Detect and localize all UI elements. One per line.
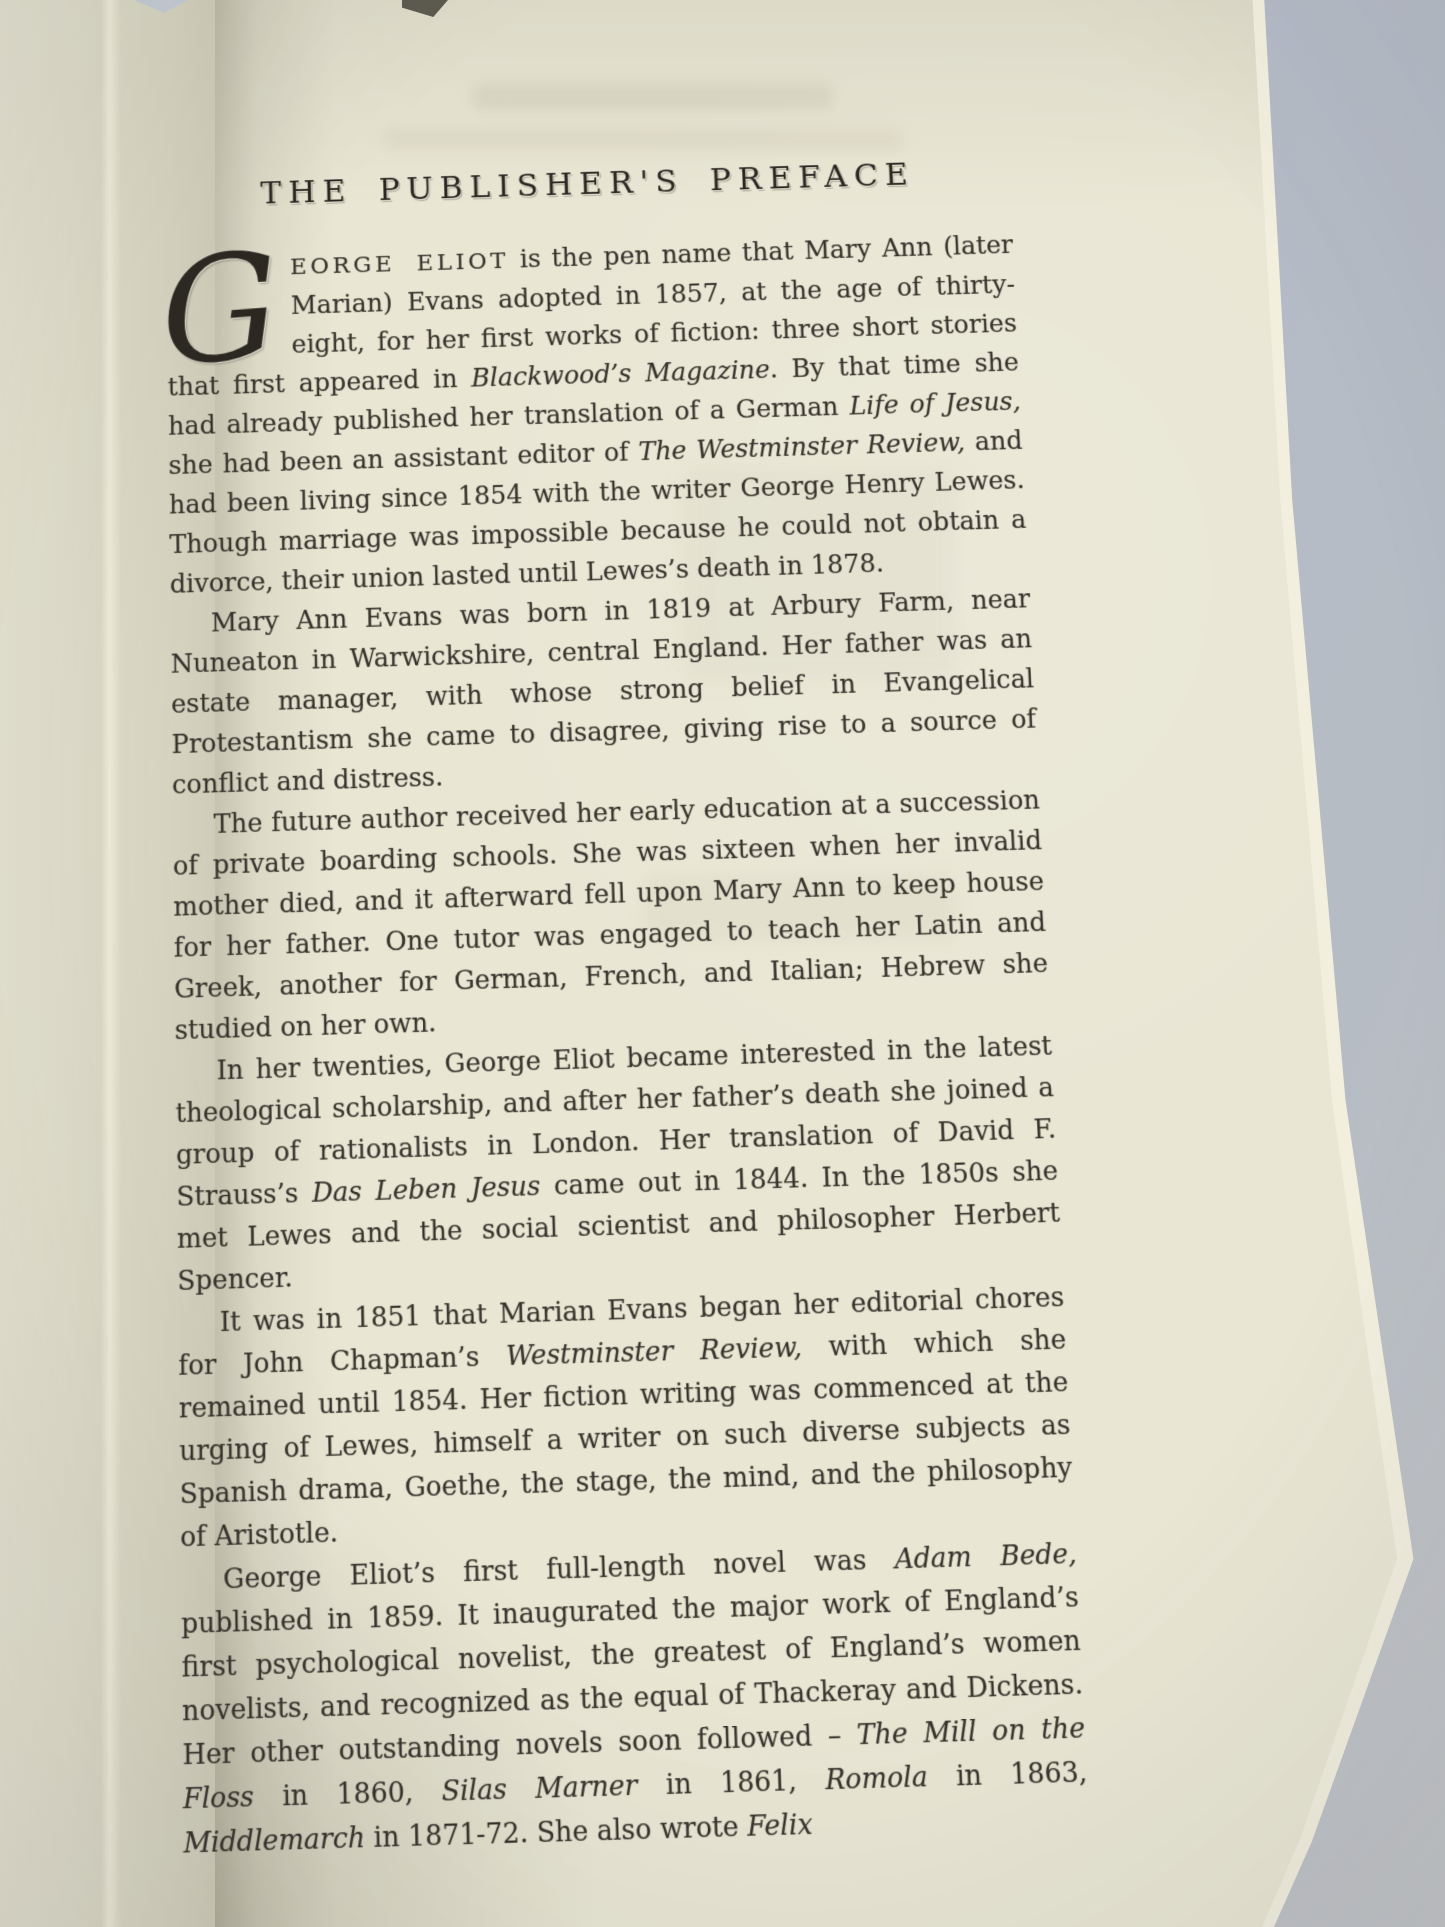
italic-run: Felix xyxy=(747,1808,814,1843)
italic-run: Silas Marner xyxy=(441,1769,638,1808)
text-run: she had been an assistant editor of xyxy=(168,438,638,481)
italic-run: Blackwood’s Magazine xyxy=(471,355,771,393)
text-run: in 1871-72. She also wrote xyxy=(365,1810,748,1855)
paragraph: GEORGE ELIOT is the pen name that Mary A… xyxy=(166,226,1029,605)
text-run: in 1860, xyxy=(254,1775,442,1814)
drop-cap: G xyxy=(158,252,283,369)
page-text: THE PUBLISHER'S PREFACE GEORGE ELIOT is … xyxy=(165,153,1090,1866)
lead-small-caps: EORGE ELIOT xyxy=(290,248,509,280)
text-run: in 1861, xyxy=(637,1764,826,1803)
book-photo: THE PUBLISHER'S PREFACE GEORGE ELIOT is … xyxy=(0,0,1445,1927)
text-run: The future author received her early edu… xyxy=(173,785,1049,1046)
paragraph: George Eliot’s first full-length novel w… xyxy=(180,1533,1090,1866)
paragraph: It was in 1851 that Marian Evans began h… xyxy=(178,1276,1076,1559)
italic-run: Middlemarch xyxy=(183,1822,365,1861)
italic-run: Romola xyxy=(825,1761,929,1797)
italic-run: Adam Bede, xyxy=(894,1538,1077,1576)
body-text: GEORGE ELIOT is the pen name that Mary A… xyxy=(166,226,1090,1866)
paragraph: The future author received her early edu… xyxy=(172,780,1051,1052)
italic-run: Westminster Review, xyxy=(506,1332,803,1373)
italic-run: Das Leben Jesus xyxy=(312,1171,541,1209)
text-run: Mary Ann Evans was born in 1819 at Arbur… xyxy=(171,584,1037,800)
paragraph: In her twenties, George Eliot became int… xyxy=(175,1026,1063,1303)
italic-run: The Westminster Review, xyxy=(638,428,966,467)
italic-run: Life of Jesus, xyxy=(849,387,1021,421)
text-run: in 1863, xyxy=(927,1756,1088,1794)
show-through-smudge xyxy=(383,128,903,150)
show-through-smudge xyxy=(473,84,833,110)
paragraph: Mary Ann Evans was born in 1819 at Arbur… xyxy=(170,579,1039,805)
